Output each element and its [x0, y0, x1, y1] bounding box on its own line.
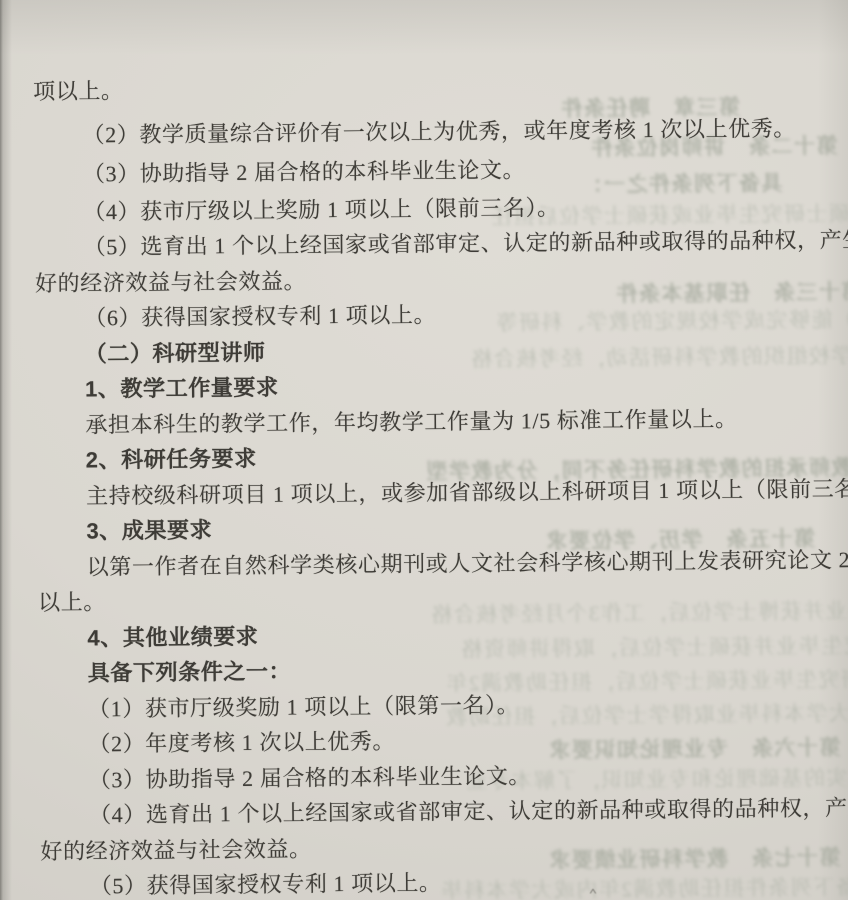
- photographed-document-page: { "page": { "paper_color": "#d8d5ce", "t…: [0, 0, 848, 900]
- continuation-line: 项以上。: [33, 66, 845, 109]
- item-line: （5）获得国家授权专利 1 项以上。: [41, 861, 848, 900]
- item-line: （2）教学质量综合评价有一次以上为优秀，或年度考核 1 次以上优秀。: [33, 110, 845, 153]
- item-line: （3）协助指导 2 届合格的本科毕业生论文。: [34, 149, 846, 192]
- document-text-block: 项以上。（2）教学质量综合评价有一次以上为优秀，或年度考核 1 次以上优秀。（3…: [33, 66, 848, 900]
- ink-mark: ＾: [586, 882, 600, 900]
